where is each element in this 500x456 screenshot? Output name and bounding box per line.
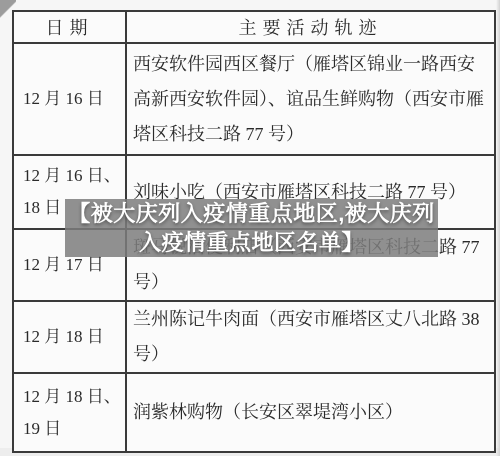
caption-overlay-line2: 入疫情重点地区名单】 [139, 228, 364, 257]
header-row: 日期 主要活动轨迹 [13, 11, 495, 43]
col-header-date: 日期 [13, 11, 126, 43]
table-row: 12 月 16 日 西安软件园西区餐厅（雁塔区锦业一路西安高新西安软件园）、谊品… [13, 43, 495, 155]
photo-page: 日期 主要活动轨迹 12 月 16 日 西安软件园西区餐厅（雁塔区锦业一路西安高… [0, 0, 500, 456]
photo-edge-right [496, 0, 500, 456]
caption-overlay: 【被大庆列入疫情重点地区,被大庆列 入疫情重点地区名单】 [65, 199, 438, 257]
track-cell: 西安软件园西区餐厅（雁塔区锦业一路西安高新西安软件园）、谊品生鲜购物（西安市雁塔… [126, 43, 495, 155]
track-cell: 润紫林购物（长安区翠堤湾小区） [126, 373, 495, 452]
date-cell: 12 月 18 日 [13, 301, 126, 373]
date-cell: 12 月 18 日、19 日 [13, 373, 126, 452]
col-header-track: 主要活动轨迹 [126, 11, 495, 43]
photo-corner-shade [0, 0, 16, 24]
table-row: 12 月 18 日 兰州陈记牛肉面（西安市雁塔区丈八北路 38 号） [13, 301, 495, 373]
table-row: 12 月 18 日、19 日 润紫林购物（长安区翠堤湾小区） [13, 373, 495, 452]
caption-overlay-line1: 【被大庆列入疫情重点地区,被大庆列 [68, 199, 435, 228]
track-cell: 兰州陈记牛肉面（西安市雁塔区丈八北路 38 号） [126, 301, 495, 373]
date-cell: 12 月 16 日 [13, 43, 126, 155]
